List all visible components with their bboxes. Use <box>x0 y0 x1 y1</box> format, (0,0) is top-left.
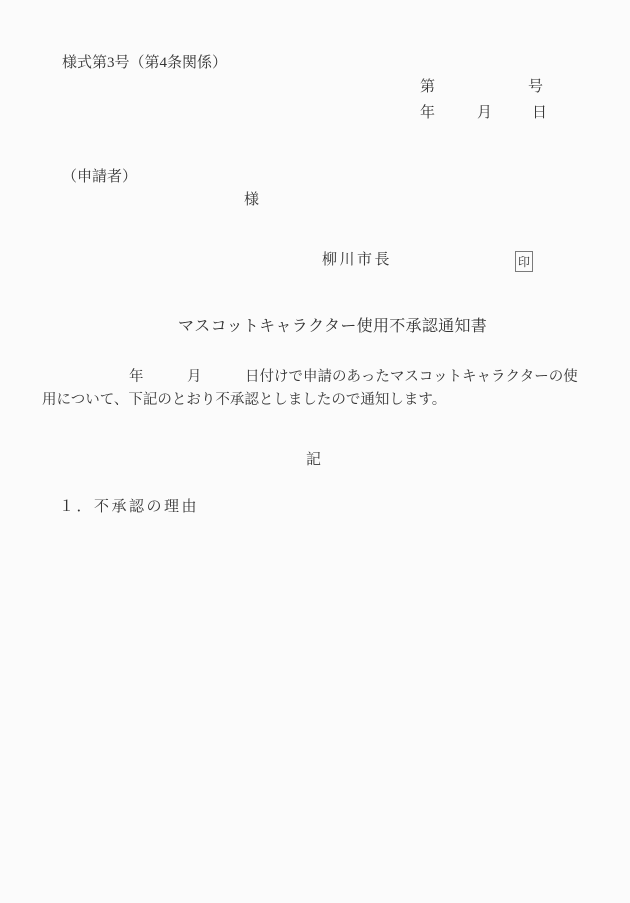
applicant-label: （申請者） <box>62 169 137 186</box>
doc-number-suffix-label: 号 <box>528 79 543 96</box>
date-month-label: 月 <box>477 105 492 122</box>
date-day-label: 日 <box>532 105 547 122</box>
recipient-honorific-label: 様 <box>244 192 259 209</box>
section-marker-ki: 記 <box>306 452 321 469</box>
mayor-name-label: 柳川市長 <box>322 252 392 269</box>
date-year-label: 年 <box>420 105 435 122</box>
document-page: 様式第3号（第4条関係） 第 号 年 月 日 （申請者） 様 柳川市長 印 マス… <box>0 0 630 903</box>
seal-placeholder-box: 印 <box>515 251 533 272</box>
document-title: マスコットキャラクター使用不承認通知書 <box>178 318 487 336</box>
form-number-label: 様式第3号（第4条関係） <box>62 55 227 72</box>
doc-number-prefix-label: 第 <box>420 79 435 96</box>
disapproval-reason-item-label: １．不承認の理由 <box>59 499 199 516</box>
seal-mark-label: 印 <box>518 256 530 268</box>
body-paragraph: 年 月 日付けで申請のあったマスコットキャラクターの使用について、下記のとおり不… <box>42 366 587 411</box>
